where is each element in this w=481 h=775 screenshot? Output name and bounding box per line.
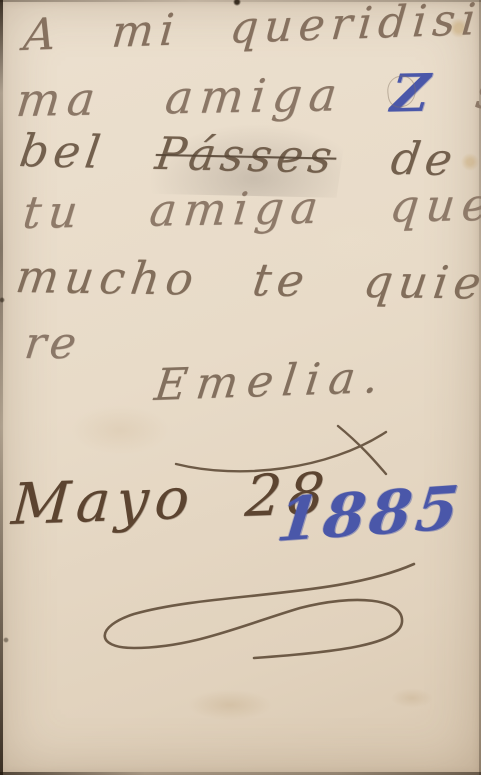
handwriting-line-4: tu amiga que — [20, 178, 481, 239]
handwriting-line-3: bel Pásses de — [16, 124, 460, 186]
handwriting-line-6: re — [22, 318, 83, 369]
flourish-stroke — [338, 426, 386, 474]
handwriting-line-3-start: bel — [16, 124, 108, 179]
handwriting-line-1: A mi queridisi- — [22, 0, 481, 61]
blue-ink-overwrite-letter: Z — [388, 63, 439, 125]
handwriting-line-2-start: ma amiga — [14, 67, 347, 127]
signature-emelia: Emelia. — [152, 352, 391, 411]
handwriting-line-5: mucho te quie — [13, 250, 481, 310]
card-edge-shadow-left — [0, 0, 3, 775]
handwriting-line-2: ma amiga Z sa — [14, 59, 481, 129]
handwriting-line-2-end: sa — [473, 64, 481, 119]
date-year-blue-ink: 1885 — [274, 473, 466, 556]
bottom-flourish — [82, 556, 427, 664]
aged-paper-card: A mi queridisi- ma amiga Z sa bel Pásses… — [0, 0, 481, 775]
flourish-stroke — [105, 564, 414, 658]
